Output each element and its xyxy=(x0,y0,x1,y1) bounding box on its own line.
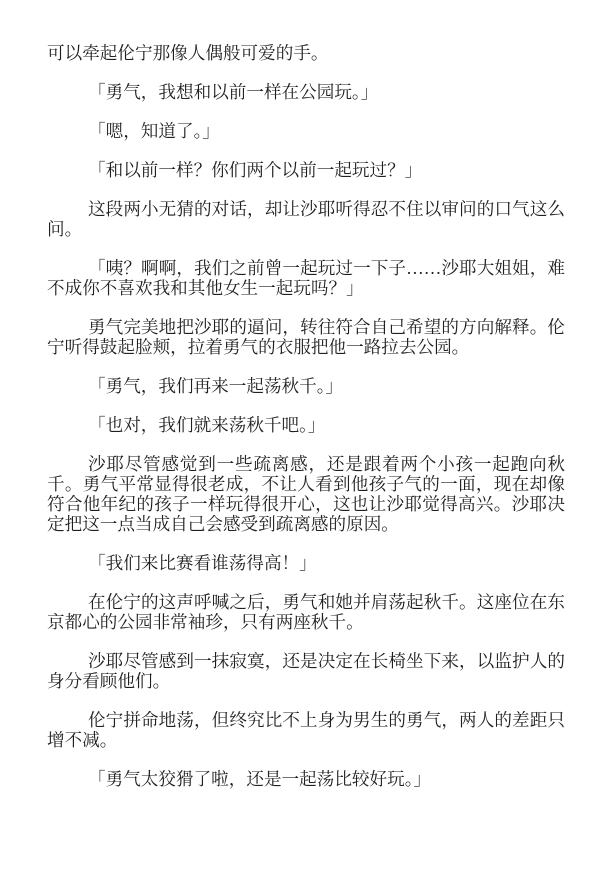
dialogue-paragraph: 「和以前一样？你们两个以前一起玩过？」 xyxy=(47,160,565,180)
dialogue-paragraph: 「我们来比赛看谁荡得高！」 xyxy=(47,553,565,573)
narrative-paragraph: 这段两小无猜的对话，却让沙耶听得忍不住以审问的口气这么问。 xyxy=(47,199,565,239)
narrative-paragraph: 沙耶尽管感觉到一些疏离感，还是跟着两个小孩一起跑向秋千。勇气平常显得很老成，不让… xyxy=(47,454,565,534)
document-page: 可以牵起伦宁那像人偶般可爱的手。「勇气，我想和以前一样在公园玩。」「嗯，知道了。… xyxy=(0,0,613,869)
narrative-paragraph: 勇气完美地把沙耶的逼问，转往符合自己希望的方向解释。伦宁听得鼓起脸颊，拉着勇气的… xyxy=(47,317,565,357)
dialogue-paragraph: 「勇气太狡猾了啦，还是一起荡比较好玩。」 xyxy=(47,769,565,789)
narrative-paragraph: 伦宁拼命地荡，但终究比不上身为男生的勇气，两人的差距只增不减。 xyxy=(47,710,565,750)
narrative-paragraph: 沙耶尽管感到一抹寂寞，还是决定在长椅坐下来，以监护人的身分看顾他们。 xyxy=(47,651,565,691)
novel-text-content: 可以牵起伦宁那像人偶般可爱的手。「勇气，我想和以前一样在公园玩。」「嗯，知道了。… xyxy=(0,0,613,789)
dialogue-paragraph: 「勇气，我想和以前一样在公园玩。」 xyxy=(47,82,565,102)
dialogue-paragraph: 「勇气，我们再来一起荡秋千。」 xyxy=(47,376,565,396)
dialogue-paragraph: 「咦？啊啊，我们之前曾一起玩过一下子……沙耶大姐姐，难不成你不喜欢我和其他女生一… xyxy=(47,258,565,298)
narrative-paragraph: 在伦宁的这声呼喊之后，勇气和她并肩荡起秋千。这座位在东京都心的公园非常袖珍，只有… xyxy=(47,592,565,632)
dialogue-paragraph: 「也对，我们就来荡秋千吧。」 xyxy=(47,415,565,435)
narrative-paragraph: 可以牵起伦宁那像人偶般可爱的手。 xyxy=(47,43,565,63)
dialogue-paragraph: 「嗯，知道了。」 xyxy=(47,121,565,141)
